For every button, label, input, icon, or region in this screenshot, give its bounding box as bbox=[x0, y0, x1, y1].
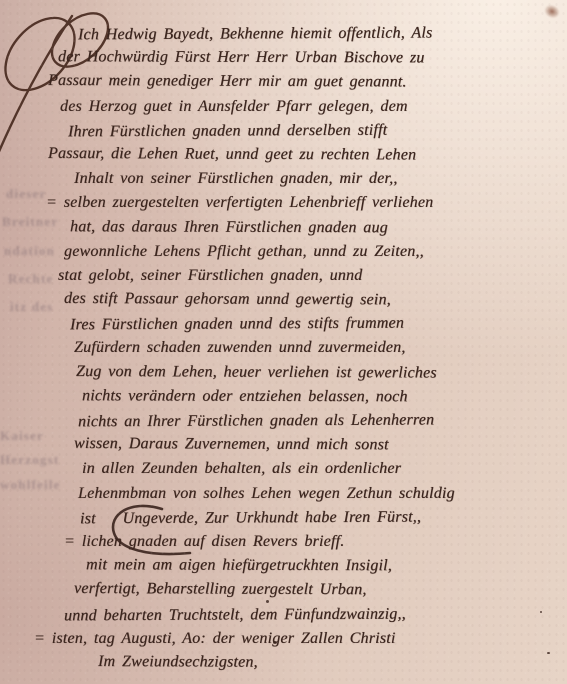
manuscript-line: Ires Fürstlichen gnaden unnd des stifts … bbox=[70, 311, 567, 338]
ink-smudge-corner bbox=[542, 2, 562, 21]
manuscript-line: Inhalt von seiner Fürstlichen gnaden, mi… bbox=[74, 167, 567, 191]
ink-speck bbox=[266, 600, 269, 603]
manuscript-line: des Herzog guet in Aunsfelder Pfarr gele… bbox=[60, 95, 567, 119]
manuscript-page: dieser Breitner ndation Rechte itz des K… bbox=[0, 0, 567, 684]
manuscript-line: = selben zuergestelten verfertigten Lehe… bbox=[46, 191, 567, 215]
manuscript-line: stat gelobt, seiner Fürstlichen gnaden, … bbox=[58, 264, 567, 288]
manuscript-line: verfertigt, Beharstelling zuergestelt Ur… bbox=[74, 577, 567, 603]
manuscript-line: hat, das daraus Ihren Fürstlichen gnaden… bbox=[70, 215, 567, 241]
manuscript-line: des stift Passaur gehorsam unnd gewertig… bbox=[64, 287, 567, 313]
manuscript-line: Passaur mein genediger Herr mir am guet … bbox=[48, 69, 567, 95]
manuscript-line: Im Zweiundsechzigsten, bbox=[98, 650, 567, 676]
manuscript-line: nichts verändern oder entziehen belassen… bbox=[82, 384, 567, 410]
manuscript-line: Zufürdern schaden zuwenden unnd zuvermei… bbox=[74, 336, 567, 360]
manuscript-line: = lichen gnaden auf disen Revers brieff. bbox=[64, 530, 567, 554]
manuscript-line: in allen Zeunden behalten, als ein orden… bbox=[82, 457, 567, 481]
manuscript-line: Ihren Fürstlichen gnaden unnd derselben … bbox=[68, 117, 567, 144]
manuscript-line: ist Ungeverde, Zur Urkhundt habe Iren Fü… bbox=[80, 504, 567, 531]
ink-speck bbox=[540, 611, 542, 613]
manuscript-line: Passaur, die Lehen Ruet, unnd geet zu re… bbox=[48, 142, 567, 168]
manuscript-line: = isten, tag Augusti, Ao: der weniger Za… bbox=[34, 627, 567, 651]
ink-speck bbox=[273, 641, 277, 644]
manuscript-text: Ich Hedwig Bayedt, Bekhenne hiemit offen… bbox=[0, 22, 567, 675]
manuscript-line: wissen, Daraus Zuvernemen, unnd mich son… bbox=[74, 432, 567, 458]
manuscript-line: Lehenmbman von solhes Lehen wegen Zethun… bbox=[78, 482, 567, 506]
manuscript-line: der Hochwürdig Fürst Herr Herr Urban Bis… bbox=[58, 45, 567, 71]
manuscript-line: Zug von dem Lehen, heuer verliehen ist g… bbox=[76, 360, 567, 386]
manuscript-line: nichts an Ihrer Fürstlichen gnaden als L… bbox=[78, 408, 567, 435]
manuscript-line: Ich Hedwig Bayedt, Bekhenne hiemit offen… bbox=[78, 21, 567, 48]
manuscript-line: unnd beharten Truchtstelt, dem Fünfundzw… bbox=[64, 601, 567, 628]
ink-speck bbox=[547, 652, 550, 654]
manuscript-line: gewonnliche Lehens Pflicht gethan, unnd … bbox=[64, 240, 567, 264]
manuscript-line: mit mein am aigen hiefürgetruckhten Insi… bbox=[86, 553, 567, 579]
